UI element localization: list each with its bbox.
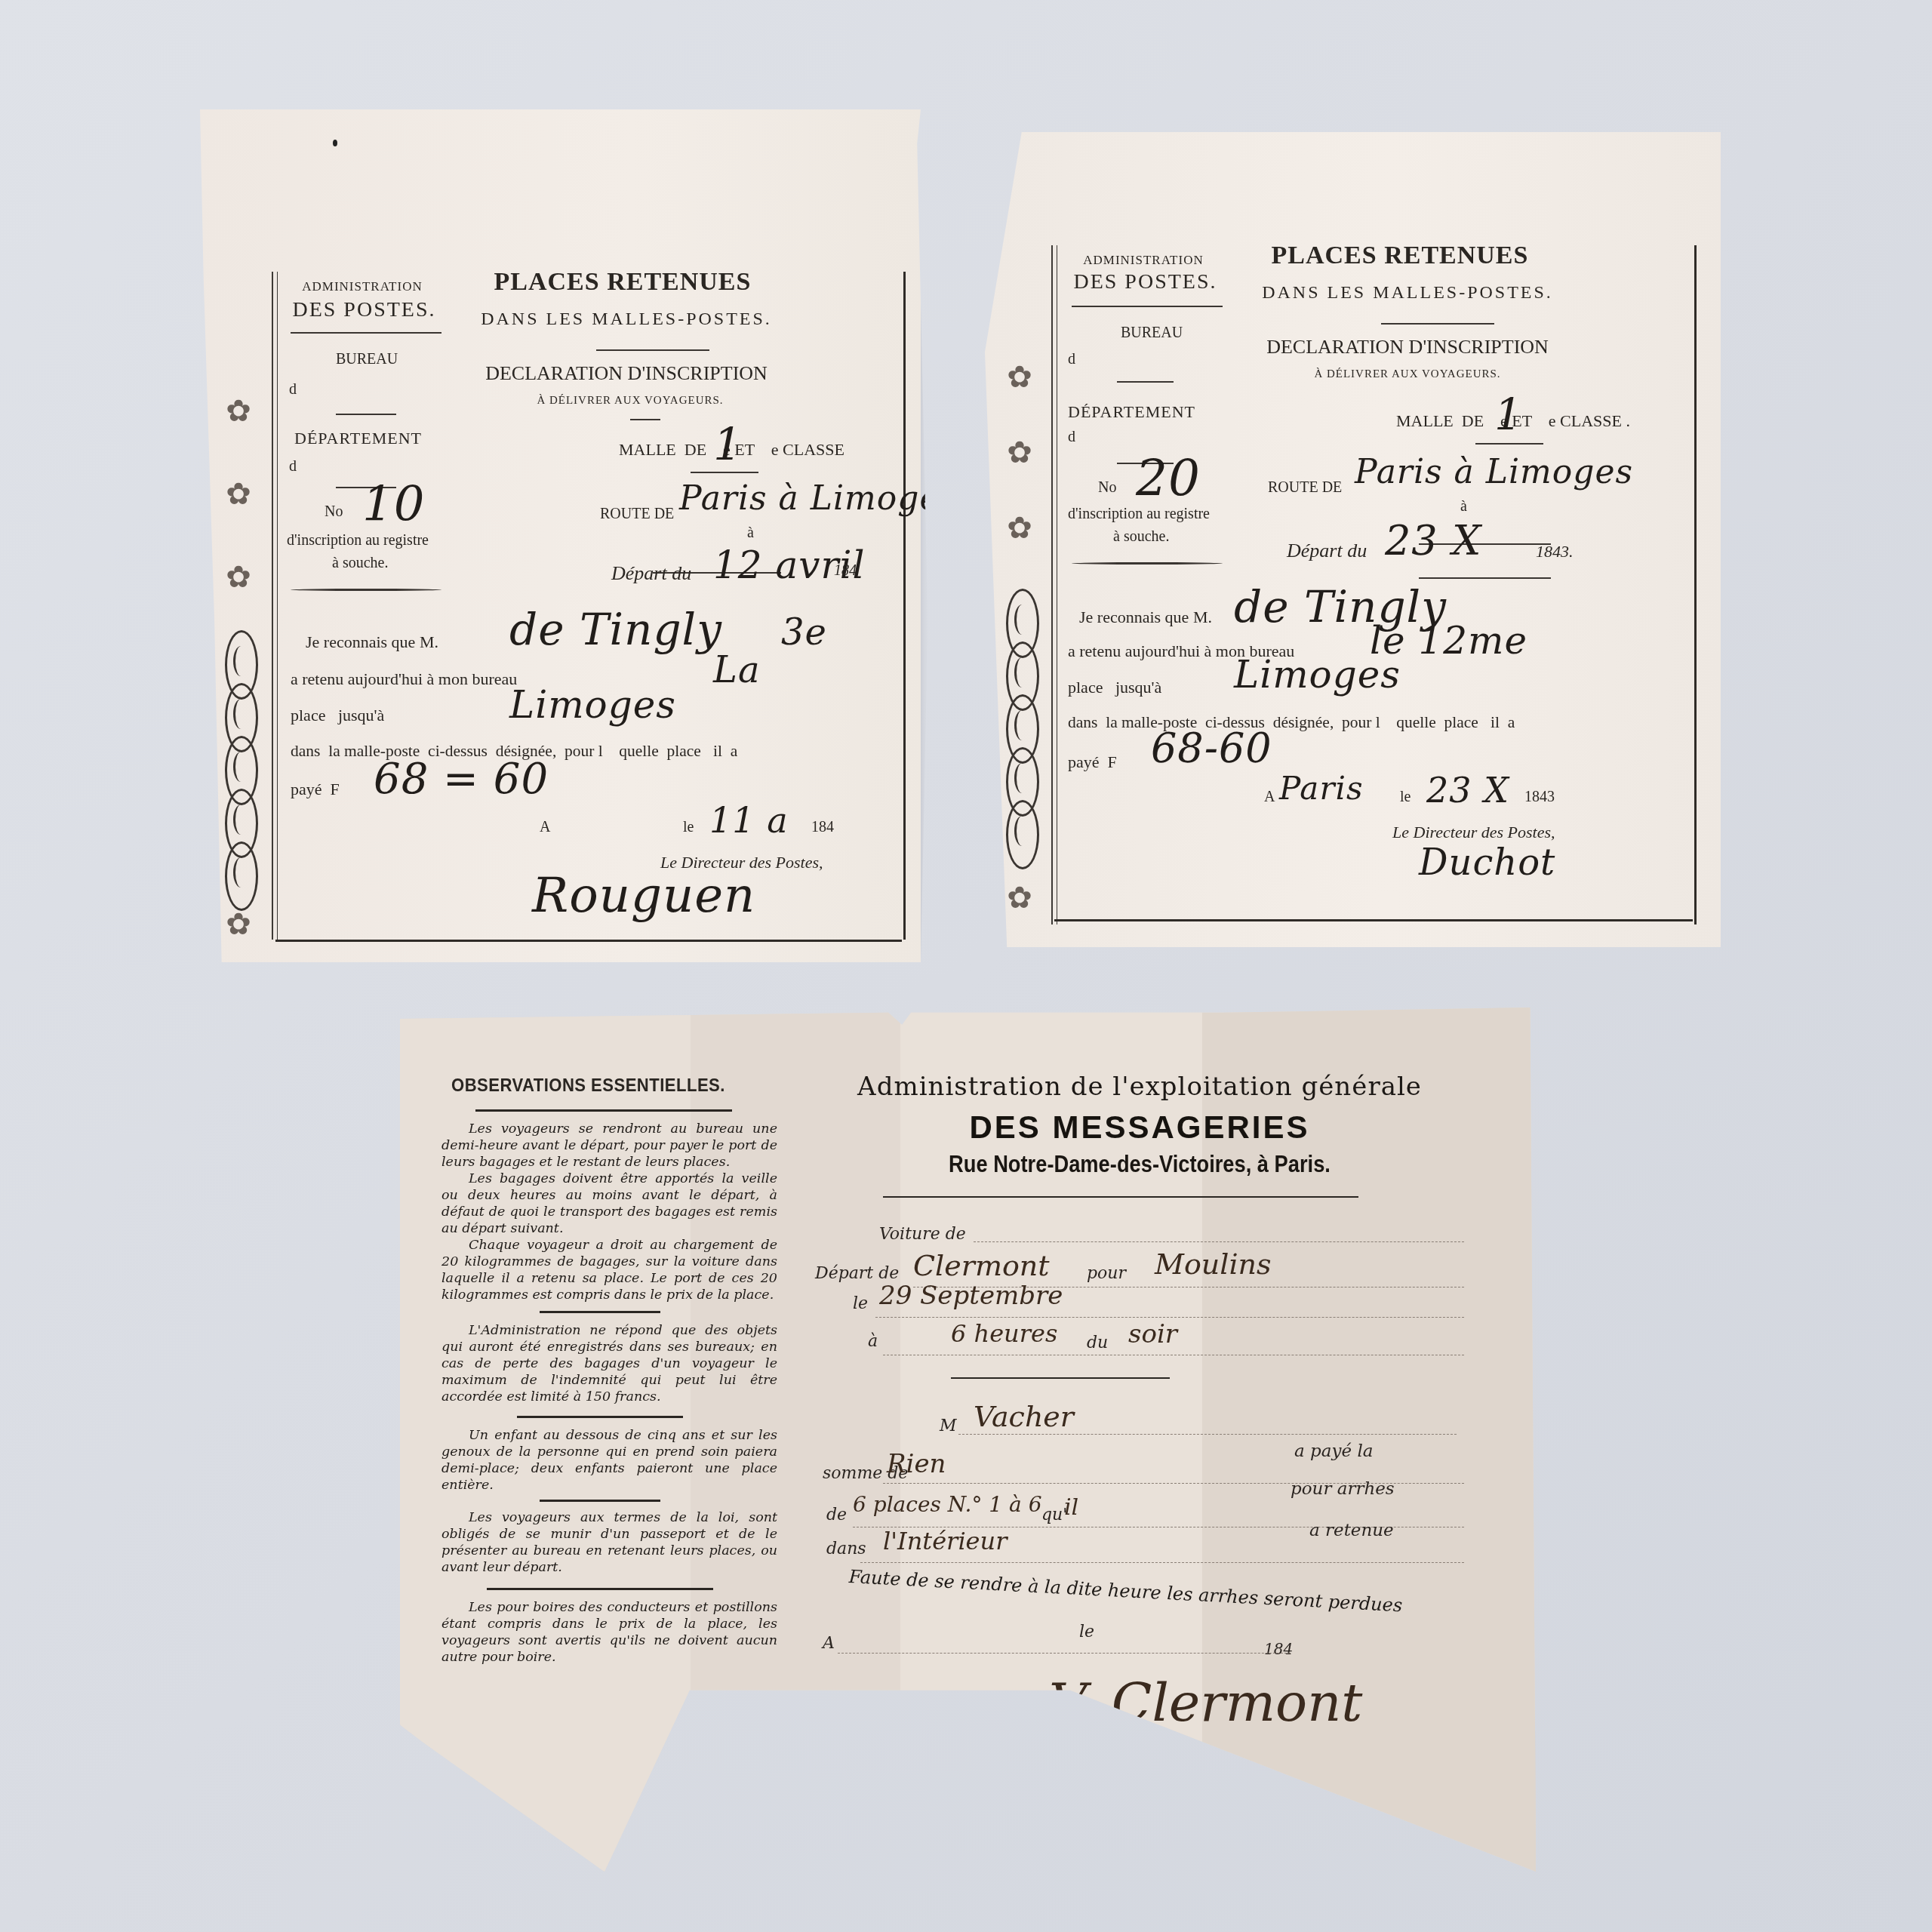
dans-label: dans (826, 1540, 866, 1558)
retenue-label: a retenue (1309, 1521, 1394, 1540)
hour-value: 6 heures (951, 1319, 1057, 1348)
ticket-title: PLACES RETENUES (449, 268, 796, 297)
observation-paragraph: Un enfant au dessous de cinq ans et sur … (441, 1427, 777, 1494)
souche-rule (1072, 562, 1223, 565)
dans-label: dans la malle-poste ci-dessus désignée, … (1068, 713, 1515, 732)
places-value: 6 places N.° 1 à 6 (853, 1492, 1041, 1517)
observations-text: Les voyageurs se rendront au bureau une … (441, 1121, 777, 1666)
ticket-subtitle: DANS LES MALLES-POSTES. (434, 309, 819, 330)
compartment-value: l'Intérieur (883, 1527, 1007, 1555)
registration-number: 20 (1136, 449, 1201, 507)
ticket-places-retenues-1: ✿ ✿ ✿ ✿ ADMINISTRATION DES POSTES. BUREA… (200, 109, 921, 962)
delivrer-rule (630, 419, 660, 420)
admin-small-label: ADMINISTRATION (1068, 253, 1219, 268)
bureau-rule (1117, 381, 1174, 383)
a-label: A (540, 819, 550, 836)
ticket-title: PLACES RETENUES (1226, 241, 1574, 270)
amount-value: Rien (887, 1449, 946, 1479)
directeur-label: Le Directeur des Postes, (1392, 823, 1555, 842)
declaration-label: DECLARATION D'INSCRIPTION (457, 362, 796, 385)
address-heading: Rue Notre-Dame-des-Victoires, à Paris. (860, 1151, 1418, 1178)
departement-d-label: d (289, 458, 297, 475)
flower-ornament-icon: ✿ (1000, 875, 1039, 921)
oval-ornament-icon (225, 841, 258, 911)
depart-rule (1419, 577, 1551, 579)
header-rule (291, 332, 441, 334)
depart-label: Départ du (1287, 540, 1367, 562)
arrhes-label: pour arrhes (1291, 1479, 1395, 1499)
observation-paragraph: Les pour boires des conducteurs et posti… (441, 1599, 777, 1666)
jusqua-label: place jusqu'à (291, 706, 384, 725)
des-messageries-heading: DES MESSAGERIES (868, 1109, 1411, 1146)
address-rule (883, 1196, 1358, 1198)
depart-year: 184 (834, 562, 857, 580)
depart-label: Départ du (611, 562, 691, 585)
route-label: ROUTE DE (600, 506, 674, 523)
le-date-value: 11 a (709, 800, 789, 841)
departure-city-value: Clermont (913, 1249, 1050, 1282)
departement-d-label: d (1068, 429, 1075, 446)
retenu-label: a retenu aujourd'hui à mon bureau (291, 669, 517, 689)
des-postes-label: DES POSTES. (1064, 270, 1226, 294)
le-label: le (1400, 789, 1411, 806)
observation-rule (540, 1500, 660, 1502)
bureau-d-label: d (1068, 351, 1075, 368)
observation-paragraph: Les voyageurs se rendront au bureau une … (441, 1121, 777, 1171)
malle-class-value: 1 (713, 419, 743, 472)
souche-label: à souche. (1113, 528, 1169, 546)
director-signature: Duchot (1419, 841, 1555, 884)
frame-bottom-rule (275, 940, 902, 942)
destination-value: Limoges (509, 683, 676, 727)
paye-label: payé F (1068, 752, 1117, 772)
bureau-label: BUREAU (336, 351, 398, 368)
flower-ornament-icon: ✿ (1000, 498, 1039, 558)
price-value: 68 = 60 (374, 755, 549, 804)
malle-rule (691, 472, 758, 473)
flower-ornament-icon: ✿ (219, 381, 258, 441)
du-label: du (1087, 1334, 1108, 1352)
souche-label: à souche. (332, 555, 388, 572)
declaration-label: DECLARATION D'INSCRIPTION (1234, 336, 1581, 358)
qu-value: il (1064, 1494, 1078, 1521)
bureau-label: BUREAU (1121, 325, 1183, 342)
des-postes-label: DES POSTES. (283, 298, 445, 322)
route-value: Paris à Limoges (1355, 453, 1633, 491)
director-signature: Rouguen (532, 868, 755, 924)
voiture-line (974, 1241, 1464, 1242)
number-label: No (325, 503, 343, 521)
time-of-day-value: soir (1128, 1319, 1177, 1349)
registration-number: 10 (362, 477, 425, 533)
footer-year: 184 (1264, 1640, 1293, 1658)
le-line (875, 1317, 1464, 1318)
a-paye-label: a payé la (1294, 1441, 1373, 1461)
delivrer-label: À DÉLIVRER AUX VOYAGEURS. (502, 395, 758, 408)
observations-title: OBSERVATIONS ESSENTIELLES. (451, 1075, 725, 1097)
registre-label: d'inscription au registre (1068, 506, 1210, 523)
departement-label: DÉPARTEMENT (294, 429, 422, 448)
destination-city-value: Moulins (1155, 1247, 1272, 1281)
le-year: 184 (811, 819, 834, 836)
delivrer-label: À DÉLIVRER AUX VOYAGEURS. (1279, 368, 1536, 381)
route-a-label: à (1460, 498, 1467, 515)
a-label: à (868, 1332, 878, 1351)
paye-label: payé F (291, 780, 340, 799)
footer-a-label: A (823, 1634, 835, 1653)
depart-date-value: 23 X (1385, 517, 1481, 565)
observation-rule (487, 1588, 713, 1590)
depart-year: 1843. (1536, 542, 1574, 561)
souche-rule (291, 589, 441, 591)
le-year: 1843 (1524, 789, 1555, 806)
header-rule (1072, 306, 1223, 307)
le-date-value: 23 X (1426, 770, 1509, 811)
flower-ornament-icon: ✿ (219, 464, 258, 525)
reconnais-label: Je reconnais que M. (306, 632, 438, 652)
admin-small-label: ADMINISTRATION (287, 279, 438, 294)
ticket-dot (333, 140, 337, 146)
passenger-extra: 3e (781, 611, 827, 654)
monsieur-label: M (940, 1417, 957, 1435)
malle-rule (1475, 443, 1543, 445)
reconnais-label: Je reconnais que M. (1079, 608, 1212, 627)
observation-rule (540, 1311, 660, 1313)
flower-ornament-icon: ✿ (1000, 347, 1039, 408)
ornamental-border: ✿ ✿ ✿ ✿ (1000, 347, 1045, 943)
passenger-name: Vacher (974, 1400, 1074, 1433)
messageries-receipt: OBSERVATIONS ESSENTIELLES. Les voyageurs… (400, 1008, 1536, 1872)
registre-label: d'inscription au registre (287, 532, 429, 549)
route-label: ROUTE DE (1268, 479, 1342, 497)
a-place-value: Paris (1279, 770, 1363, 807)
date-value: 29 Septembre (879, 1281, 1063, 1311)
flower-ornament-icon: ✿ (1000, 423, 1039, 483)
observation-paragraph: Les voyageurs aux termes de la loi, sont… (441, 1509, 777, 1576)
administration-heading: Administration de l'exploitation général… (808, 1072, 1472, 1102)
middle-rule (951, 1377, 1170, 1379)
retenu-value: La (713, 649, 761, 691)
ticket-places-retenues-2: ✿ ✿ ✿ ✿ ADMINISTRATION DES POSTES. BUREA… (985, 132, 1721, 947)
destination-value: Limoges (1234, 653, 1401, 697)
frame-bottom-rule (1054, 919, 1693, 921)
flower-ornament-icon: ✿ (219, 547, 258, 608)
departement-label: DÉPARTEMENT (1068, 402, 1195, 422)
malle-class-value: 1 (1494, 389, 1523, 440)
agent-signature: V. Clermont (1049, 1672, 1362, 1734)
le-label: le (853, 1294, 868, 1313)
observation-paragraph: L'Administration ne répond que des objet… (441, 1322, 777, 1405)
oval-ornament-icon (1006, 800, 1039, 869)
observations-rule (475, 1109, 732, 1112)
flower-ornament-icon: ✿ (219, 902, 258, 947)
pour-label: pour (1087, 1264, 1126, 1283)
voiture-label: Voiture de (879, 1225, 966, 1244)
a-line (883, 1355, 1464, 1355)
title-rule (596, 349, 709, 351)
monsieur-line (958, 1434, 1457, 1435)
observation-rule (517, 1416, 683, 1418)
route-a-label: à (747, 525, 754, 542)
observation-paragraph: Chaque voyageur a droit au chargement de… (441, 1237, 777, 1303)
passenger-name: de Tingly (509, 604, 722, 655)
number-label: No (1098, 479, 1116, 497)
de-label: de (826, 1506, 847, 1524)
price-value: 68-60 (1151, 724, 1272, 772)
jusqua-label: place jusqu'à (1068, 678, 1161, 697)
title-rule (1381, 323, 1494, 325)
bureau-rule (336, 414, 396, 415)
route-value: Paris à Limoges (679, 479, 958, 518)
ticket-subtitle: DANS LES MALLES-POSTES. (1211, 283, 1604, 303)
footer-le-label: le (1079, 1623, 1094, 1641)
observation-paragraph: Les bagages doivent être apportés la vei… (441, 1171, 777, 1237)
footer-line (838, 1653, 1291, 1654)
a-label: A (1264, 789, 1275, 806)
le-label: le (683, 819, 694, 836)
ornamental-border: ✿ ✿ ✿ ✿ (219, 381, 264, 955)
bureau-d-label: d (289, 381, 297, 398)
dans-line (860, 1562, 1464, 1563)
